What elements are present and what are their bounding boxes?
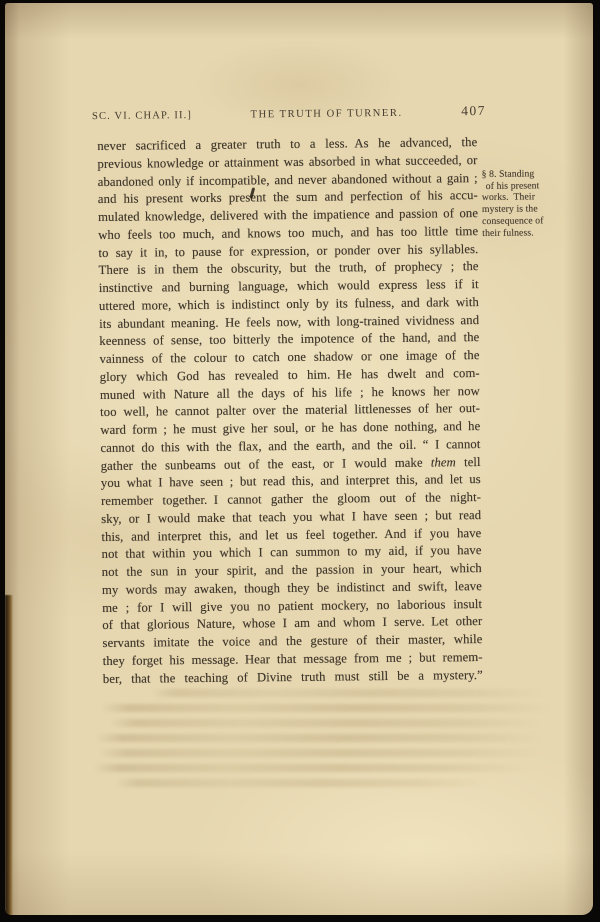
spine-edge-shadow: [5, 595, 13, 915]
body-text: never sacrificed a greater truth to a le…: [97, 134, 483, 688]
showthrough-line: [115, 779, 497, 787]
text-segment: tell: [456, 455, 481, 469]
margin-note-line: their fulness.: [482, 227, 554, 239]
margin-note-line: of his present: [482, 180, 554, 192]
showthrough-line: [99, 749, 551, 757]
page-number: 407: [461, 103, 486, 119]
running-title: THE TRUTH OF TURNER.: [192, 107, 461, 121]
chapter-reference: SC. VI. CHAP. II.]: [92, 110, 192, 122]
running-header: SC. VI. CHAP. II.] THE TRUTH OF TURNER. …: [92, 103, 486, 123]
showthrough-line: [151, 689, 551, 697]
margin-note: § 8. Standing of his present works. Thei…: [482, 168, 555, 239]
margin-note-line: consequence of: [482, 215, 554, 227]
book-page: SC. VI. CHAP. II.] THE TRUTH OF TURNER. …: [5, 3, 593, 915]
italic-word: them: [431, 455, 456, 469]
showthrough-line: [93, 764, 541, 772]
margin-note-line: works. Their: [482, 192, 554, 204]
page-showthrough: [93, 689, 565, 794]
text-line: ber, that the teaching of Divine truth m…: [103, 667, 483, 689]
showthrough-line: [109, 719, 551, 727]
margin-note-line: § 8. Standing: [482, 168, 554, 180]
margin-note-line: mystery is the: [482, 203, 554, 215]
showthrough-line: [95, 734, 553, 742]
showthrough-line: [101, 704, 561, 712]
text-segment: gather the sunbeams out of the east, or …: [101, 455, 431, 472]
